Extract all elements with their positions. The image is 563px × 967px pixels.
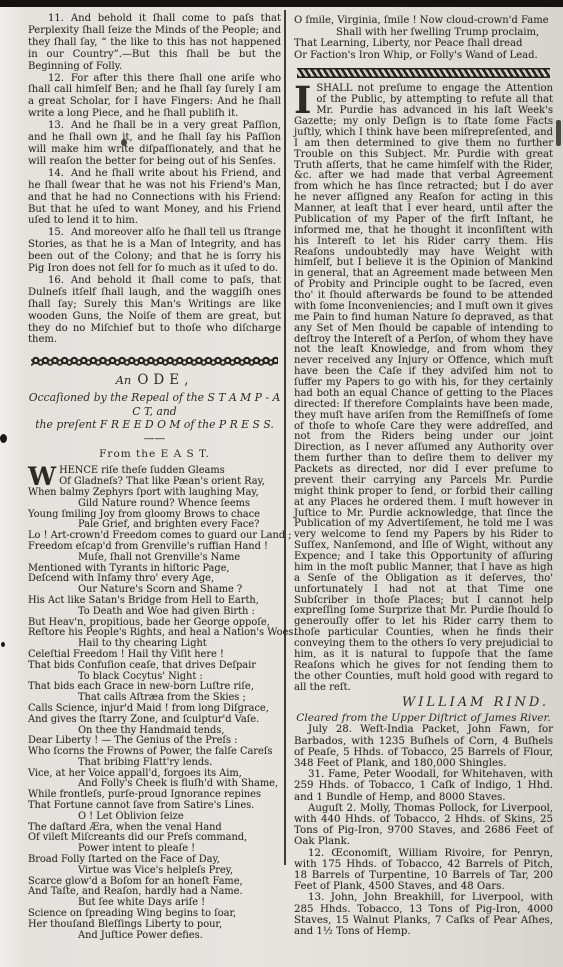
- ink-speck: [1, 642, 5, 647]
- verse-number: 15.: [48, 227, 64, 238]
- ode-closing-stanza: O ſmile, Virginia, ſmile ! Now cloud-cro…: [294, 15, 553, 61]
- ode-from-line: From the E A S T.: [28, 448, 281, 460]
- numbered-verses: 11.And behold it ſhall come to paſs that…: [28, 13, 281, 346]
- ode-title: AnODE,: [28, 372, 281, 388]
- letter-body-text: SHALL not preſume to engage the Attentio…: [294, 83, 553, 692]
- chain-ornament-rule: [31, 354, 278, 367]
- ode-subtitle-line2: the preſent F R E E D O M of the P R E S…: [28, 418, 281, 445]
- clearance-entry: 13. John, John Breakhill, for Liverpool,…: [294, 892, 553, 937]
- right-column: O ſmile, Virginia, ſmile ! Now cloud-cro…: [294, 13, 553, 937]
- verse-paragraph: 12.For after this there ſhall one ariſe …: [28, 73, 281, 121]
- poem-line: That bids Confuſion ceaſe, that drives D…: [28, 661, 281, 672]
- ode-poem: W HENCE riſe theſe ſudden Gleams Of Glad…: [28, 466, 281, 941]
- braid-ornament-rule: [297, 68, 550, 78]
- ode-title-main: ODE,: [137, 372, 193, 388]
- drop-cap-w: W: [28, 466, 59, 487]
- poem-line: Shall with her ſwelling Trump proclaim,: [294, 27, 553, 39]
- ode-subtitle-line1: Occaſioned by the Repeal of the S T A M …: [28, 391, 281, 418]
- ink-speck: [0, 434, 7, 443]
- verse-number: 16.: [48, 275, 64, 286]
- verse-paragraph: 13.And he ſhall be in a very great Paſſi…: [28, 120, 281, 168]
- poem-line: O ſmile, Virginia, ſmile ! Now cloud-cro…: [294, 15, 553, 27]
- ink-speck: [556, 120, 561, 146]
- rind-letter: ISHALL not preſume to engage the Attenti…: [294, 84, 553, 693]
- verse-text: And he ſhall be in a very great Paſſion,…: [28, 120, 281, 167]
- verse-text: And moreover alſo he ſhall tell us ſtran…: [28, 227, 281, 274]
- verse-text: And he ſhall write about his Friend, and…: [28, 168, 281, 227]
- poem-line: Muſe, ſhall not Grenville's Name: [28, 553, 281, 564]
- clearance-entry: 12. Œconomiſt, William Rivoire, for Penr…: [294, 848, 553, 893]
- poem-lines: Of Gladneſs? That like Pæan's orient Ray…: [28, 477, 281, 941]
- ode-heading: AnODE, Occaſioned by the Repeal of the S…: [28, 372, 281, 460]
- clearance-entries: July 28. Weſt-India Packet, John Fawn, f…: [294, 724, 553, 937]
- column-divider-rule: [284, 10, 286, 865]
- clearance-entry: Auguſt 2. Molly, Thomas Pollock, for Liv…: [294, 803, 553, 848]
- poem-line: And Juſtice Power defies.: [28, 931, 281, 942]
- signature-william-rind: WILLIAM RIND.: [294, 695, 553, 710]
- poem-line: That Learning, Liberty, nor Peace ſhall …: [294, 38, 553, 50]
- poem-line: To Death and Woe had given Birth :: [28, 607, 281, 618]
- verse-number: 12.: [48, 73, 64, 84]
- clearance-entry: July 28. Weſt-India Packet, John Fawn, f…: [294, 724, 553, 769]
- verse-text: And behold it ſhall come to paſs that Pe…: [28, 13, 281, 72]
- clearances-heading: Cleared from the Upper Diſtrict of James…: [294, 712, 553, 724]
- poem-line: Or Faction's Iron Whip, or Folly's Wand …: [294, 50, 553, 62]
- ode-title-prefix: An: [116, 373, 132, 387]
- poem-line: Gild Nature round? Whence ſeems: [28, 499, 281, 510]
- drop-cap-i: I: [294, 84, 316, 116]
- verse-paragraph: 11.And behold it ſhall come to paſs that…: [28, 13, 281, 73]
- verse-number: 14.: [48, 168, 64, 179]
- poem-line: And gives the ſtarry Zone, and ſculptur'…: [28, 715, 281, 726]
- verse-paragraph: 15.And moreover alſo he ſhall tell us ſt…: [28, 227, 281, 275]
- verse-paragraph: 14.And he ſhall write about his Friend, …: [28, 168, 281, 228]
- verse-number: 13.: [48, 120, 64, 131]
- scan-top-edge: [0, 0, 563, 7]
- clearance-entry: 31. Fame, Peter Woodall, for Whitehaven,…: [294, 769, 553, 803]
- verse-number: 11.: [48, 13, 64, 24]
- verse-text: And behold it ſhall come to paſs, that D…: [28, 275, 281, 346]
- verse-paragraph: 16.And behold it ſhall come to paſs, tha…: [28, 275, 281, 346]
- verse-text: For after this there ſhall one ariſe who…: [28, 73, 281, 120]
- left-column: 11.And behold it ſhall come to paſs that…: [28, 13, 281, 941]
